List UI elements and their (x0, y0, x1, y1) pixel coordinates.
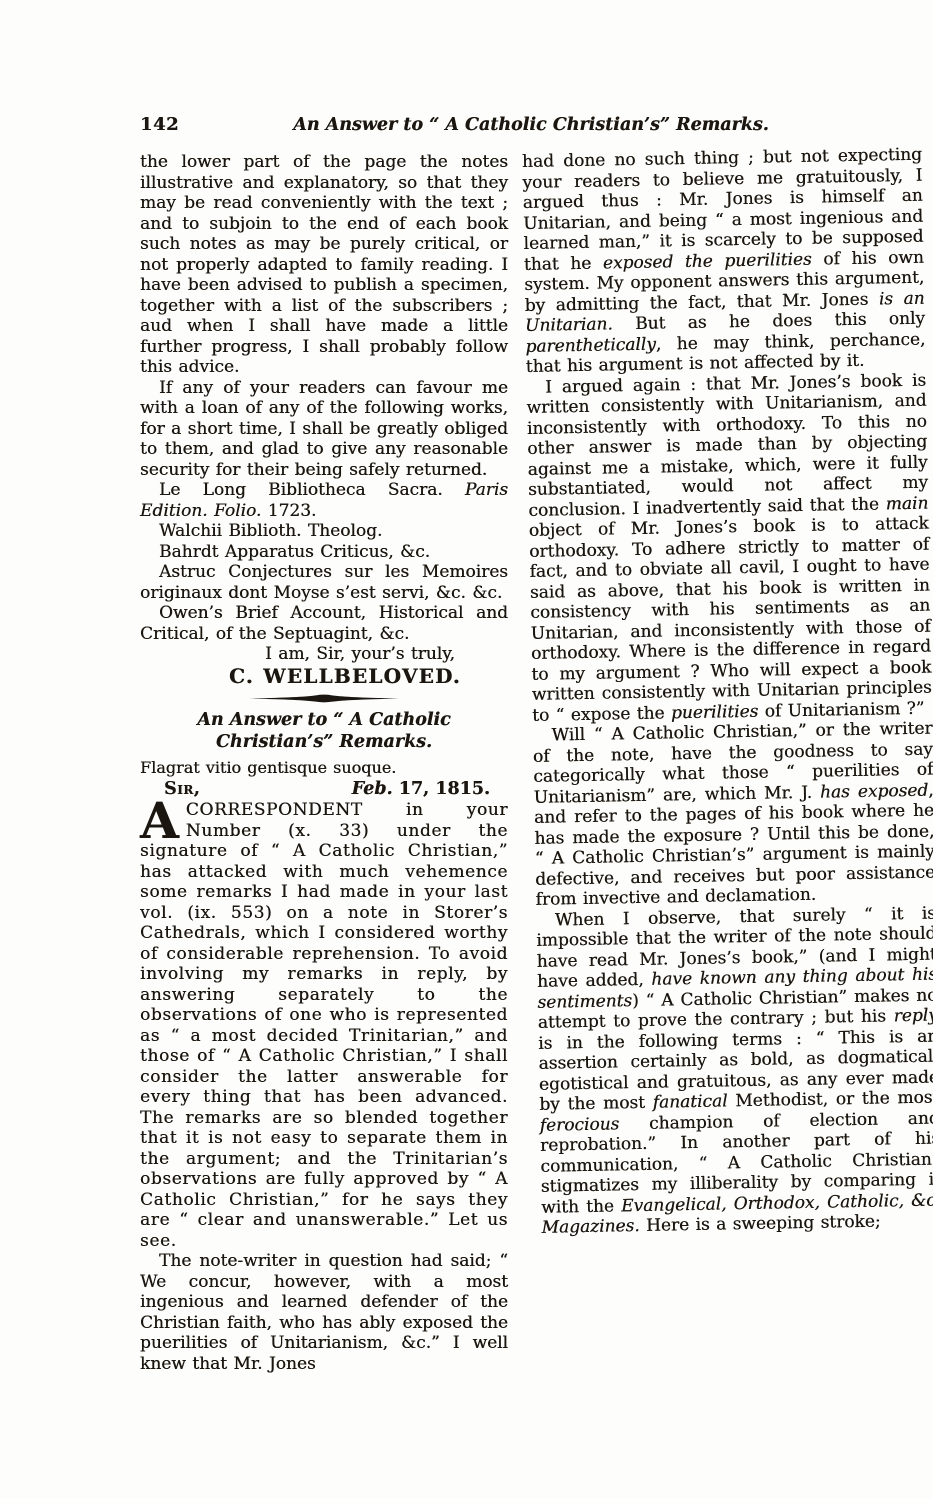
article-paragraph: had done no such thing ; but not expecti… (522, 145, 926, 378)
article-opening-text: CORRESPONDENT in your Number (x. 33) und… (140, 800, 508, 1251)
letter-continuation-paragraph: the lower part of the page the notes ill… (140, 152, 508, 378)
page-number: 142 (140, 114, 224, 136)
text-segment: parenthetically (525, 334, 656, 356)
valediction: I am, Sir, your’s truly, (140, 644, 508, 665)
letter-request-paragraph: If any of your readers can favour me wit… (140, 378, 508, 481)
text-columns: the lower part of the page the notes ill… (140, 152, 922, 1374)
page-header: 142 An Answer to “ A Catholic Christian’… (140, 114, 922, 136)
left-column: the lower part of the page the notes ill… (140, 152, 508, 1374)
section-divider (140, 694, 508, 703)
right-column: had done no such thing ; but not expecti… (522, 145, 933, 1374)
text-segment: 1723. (261, 501, 316, 521)
epigraph: Flagrat vitio gentisque suoque. (140, 758, 508, 779)
running-title: An Answer to “ A Catholic Christian’s” R… (224, 114, 838, 136)
text-segment: ferocious (540, 1114, 620, 1135)
book-list-item: Le Long Bibliotheca Sacra. Paris Edition… (140, 480, 508, 521)
book-list-item: Walchii Biblioth. Theolog. (140, 521, 508, 542)
signature: C. WELLBELOVED. (140, 666, 508, 687)
dateline: Sir, Feb. 17, 1815. (140, 779, 508, 801)
text-segment: main (886, 493, 929, 514)
book-list-item: Owen’s Brief Account, Historical and Cri… (140, 603, 508, 644)
swelled-rule-ornament-icon (249, 694, 399, 703)
text-segment: puerilities (671, 701, 759, 723)
text-segment: Here is a sweeping stroke; (639, 1212, 880, 1236)
text-segment: object of Mr. Jones’s book is to attack … (529, 514, 932, 726)
article-opening-paragraph: ACORRESPONDENT in your Number (x. 33) un… (140, 800, 508, 1251)
scanned-page: 142 An Answer to “ A Catholic Christian’… (0, 0, 933, 1499)
text-segment: reply (893, 1006, 933, 1027)
book-list-item: Bahrdt Apparatus Criticus, &c. (140, 542, 508, 563)
text-segment: Feb. (352, 779, 393, 799)
text-segment: 17, 1815. (393, 779, 490, 799)
text-segment: of Unitarianism ?” (758, 698, 924, 721)
article-paragraph: Will “ A Catholic Christian,” or the wri… (532, 719, 933, 911)
text-segment: has exposed (820, 780, 929, 802)
article-paragraph: The note-writer in question had said; “ … (140, 1251, 508, 1374)
text-segment: Le Long Bibliotheca Sacra. (159, 480, 465, 500)
book-list-item: Astruc Conjectures sur les Memoires orig… (140, 562, 508, 603)
text-segment: fanatical (653, 1091, 728, 1112)
article-paragraph: When I observe, that surely “ it is impo… (536, 903, 933, 1238)
date: Feb. 17, 1815. (352, 779, 490, 801)
text-segment: I argued again : that Mr. Jones’s book i… (526, 370, 928, 520)
salutation: Sir, (164, 779, 200, 801)
text-segment: CORRESPONDENT in your Number (x. 33) und… (140, 800, 508, 1251)
article-paragraph: I argued again : that Mr. Jones’s book i… (526, 370, 932, 726)
article-title: An Answer to “ A Catholic Christian’s” R… (142, 710, 506, 753)
drop-cap: A (140, 802, 179, 840)
